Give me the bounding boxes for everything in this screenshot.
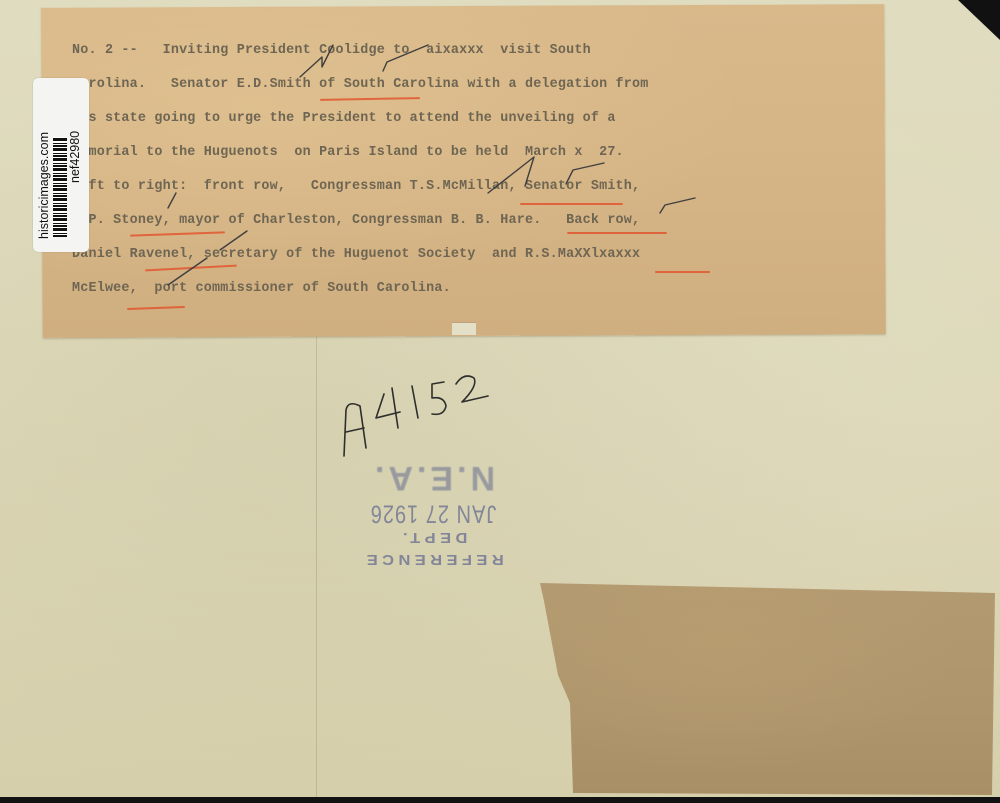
barcode-site-text: historicimages.com bbox=[37, 132, 51, 239]
stamp-department: REFERENCE DEPT. bbox=[329, 526, 538, 570]
stamp-date: JAN 27 1926 bbox=[338, 497, 528, 530]
caption-line: memorial to the Huguenots on Paris Islan… bbox=[72, 136, 832, 170]
barcode-id-text: nef42980 bbox=[68, 131, 82, 183]
caption-line: Left to right: front row, Congressman T.… bbox=[72, 170, 832, 204]
photo-reverse-side: No. 2 -- Inviting President Coolidge to … bbox=[0, 0, 1000, 797]
caption-text: No. 2 -- Inviting President Coolidge to … bbox=[72, 34, 832, 306]
paper-crease bbox=[316, 335, 317, 797]
red-underline-mcmillan bbox=[520, 203, 623, 205]
caption-line: his state going to urge the President to… bbox=[72, 102, 832, 136]
caption-line: Carolina. Senator E.D.Smith of South Car… bbox=[72, 68, 832, 102]
caption-line: No. 2 -- Inviting President Coolidge to … bbox=[72, 34, 832, 68]
barcode-icon bbox=[53, 137, 67, 237]
caption-slip-notch bbox=[452, 322, 476, 335]
barcode-label: historicimages.com nef42980 bbox=[33, 78, 89, 252]
scan-border bbox=[0, 797, 1000, 803]
handwritten-catalog-number: A4152 bbox=[336, 370, 496, 470]
caption-line: McElwee, port commissioner of South Caro… bbox=[72, 272, 832, 306]
red-underline-rs bbox=[655, 271, 710, 273]
stamp-agency: N.E.A. bbox=[338, 456, 528, 500]
reference-dept-stamp: REFERENCE DEPT. JAN 27 1926 N.E.A. bbox=[338, 470, 528, 570]
kraft-paper-patch bbox=[540, 583, 995, 795]
red-underline-hare bbox=[567, 232, 667, 234]
